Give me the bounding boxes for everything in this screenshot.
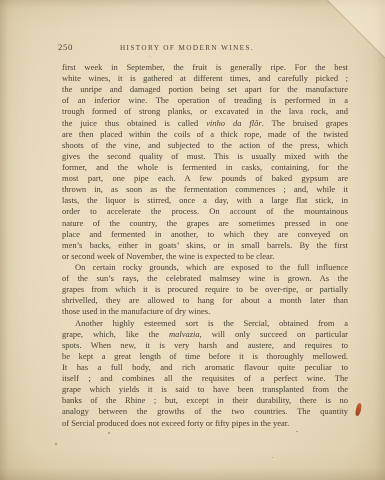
text-line: or second week of November, the wine is … <box>62 251 348 262</box>
paper-speck <box>150 56 151 57</box>
text-line: Another highly esteemed sort is the Serc… <box>62 318 348 329</box>
page-corner-crease <box>327 0 385 58</box>
paper-speck <box>108 432 110 434</box>
text-line: spots. When new, it is very harsh and au… <box>62 340 348 351</box>
text-line: thrown in, as soon as the fermentation c… <box>62 184 348 195</box>
text-line: are then placed within the coils of a th… <box>62 129 348 140</box>
text-line: of Sercial produced does not exceed fort… <box>62 418 348 429</box>
text-line: the juice thus obtained is called vinho … <box>62 118 348 129</box>
text-line: nature of the country, the grapes are so… <box>62 218 348 229</box>
book-page-scan: 250 HISTORY OF MODERN WINES. first week … <box>0 0 385 480</box>
text-line: shoots of the vine, and subjected to the… <box>62 140 348 151</box>
text-line: of an inferior wine. The operation of tr… <box>62 95 348 106</box>
text-line: be kept a great length of time before it… <box>62 351 348 362</box>
text-line: shrivelled, they are allowed to hang for… <box>62 295 348 306</box>
running-header: HISTORY OF MODERN WINES. <box>117 44 257 52</box>
text-line: On certain rocky grounds, which are expo… <box>62 262 348 273</box>
text-line: It has a full body, and rich aromatic fl… <box>62 362 348 373</box>
text-line: most part, one pipe each. A few pounds o… <box>62 173 348 184</box>
text-line: those used in the manufacture of dry win… <box>62 306 348 317</box>
text-line: the unripe and damaged portion being set… <box>62 84 348 95</box>
text-line: grapes from which it is procured require… <box>62 284 348 295</box>
text-line: white wines, it is gathered at different… <box>62 73 348 84</box>
text-line: banks of the Rhine ; but, except in thei… <box>62 395 348 406</box>
text-line: former, and the whole is fermented in ca… <box>62 162 348 173</box>
text-line: order to accelerate the process. On acco… <box>62 206 348 217</box>
text-line: men’s backs, either in goats’ skins, or … <box>62 240 348 251</box>
paper-speck <box>296 431 298 432</box>
text-block: first week in September, the fruit is ge… <box>62 62 348 429</box>
text-line: grape, which, like the malvazia, will on… <box>62 329 348 340</box>
paper-speck <box>55 443 57 445</box>
text-line: analogy between the growths of the two c… <box>62 406 348 417</box>
text-line: place and fermented in another, to which… <box>62 229 348 240</box>
text-line: lasts, the liquor is stirred, once a day… <box>62 195 348 206</box>
red-ink-stain <box>354 403 362 417</box>
text-line: gives the second quality of must. This i… <box>62 151 348 162</box>
text-line: of the sun’s rays, the celebrated malmse… <box>62 273 348 284</box>
text-line: first week in September, the fruit is ge… <box>62 62 348 73</box>
text-line: grape which yields it is said to have be… <box>62 384 348 395</box>
text-line: itself ; and combines all the requisites… <box>62 373 348 384</box>
paper-speck <box>272 457 273 458</box>
page-number: 250 <box>58 42 73 52</box>
text-line: trough formed of strong planks, or excav… <box>62 106 348 117</box>
